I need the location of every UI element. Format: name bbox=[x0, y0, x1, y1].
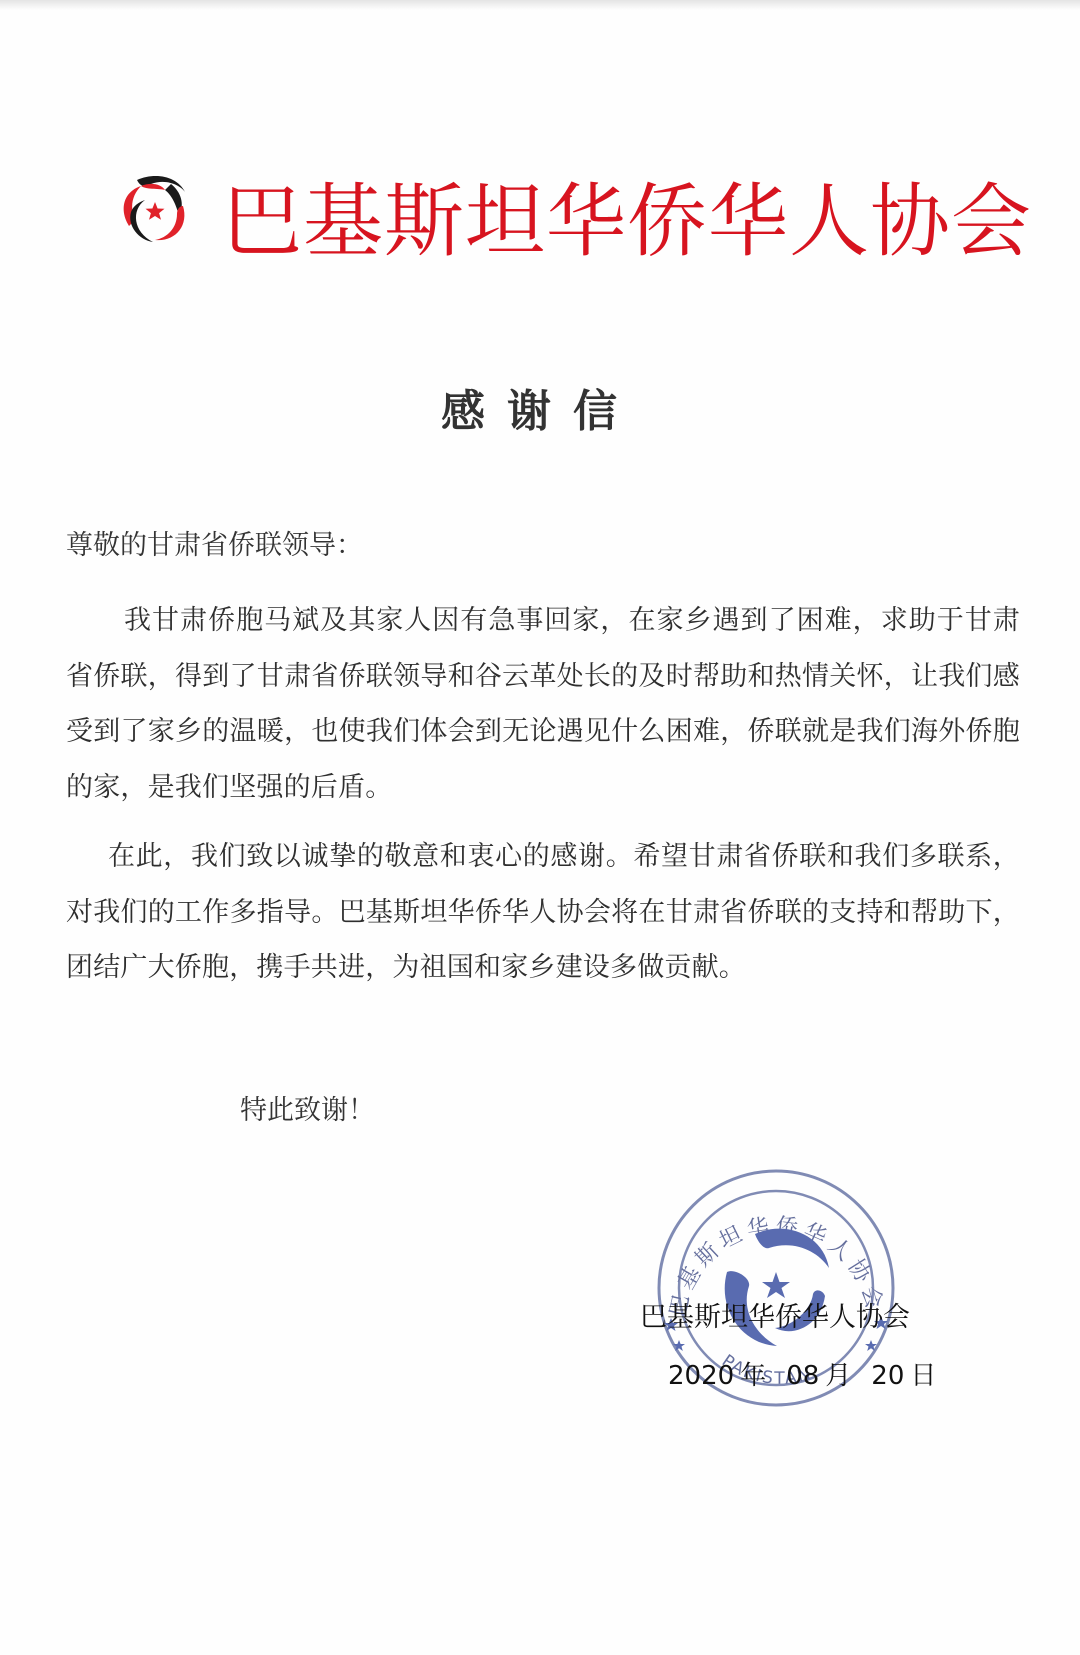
date-month-unit: 月 bbox=[825, 1361, 851, 1391]
page-top-edge bbox=[0, 0, 1080, 10]
date-year-unit: 年 bbox=[740, 1361, 766, 1391]
paragraph-2: 在此，我们致以诚挚的敬意和衷心的感谢。希望甘肃省侨联和我们多联系，对我们的工作多… bbox=[66, 829, 1020, 996]
date-day-unit: 日 bbox=[910, 1361, 936, 1391]
signature-organization: 巴基斯坦华侨华人协会 bbox=[640, 1300, 910, 1336]
date-day: 20 bbox=[871, 1361, 904, 1391]
swirl-star-logo-icon bbox=[115, 170, 195, 250]
date-year: 2020 bbox=[668, 1361, 734, 1391]
salutation: 尊敬的甘肃省侨联领导： bbox=[66, 528, 363, 564]
closing-line: 特此致谢！ bbox=[240, 1093, 375, 1129]
date-month: 08 bbox=[786, 1361, 819, 1391]
letter-heading: 感谢信 bbox=[0, 382, 1080, 442]
signature-date: 2020年08月20日 bbox=[668, 1358, 942, 1394]
organization-title: 巴基斯坦华侨华人协会 bbox=[222, 178, 1032, 266]
paragraph-1: 我甘肃侨胞马斌及其家人因有急事回家，在家乡遇到了困难，求助于甘肃省侨联，得到了甘… bbox=[66, 593, 1020, 815]
